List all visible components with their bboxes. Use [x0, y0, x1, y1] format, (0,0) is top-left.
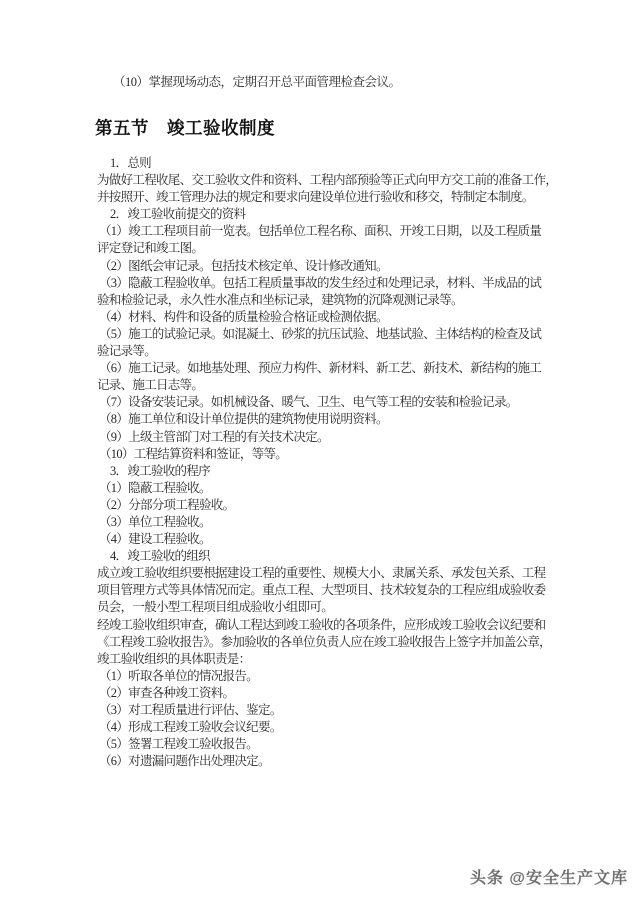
body-line: 成立竣工验收组织要根据建设工程的重要性、规模大小、隶属关系、承发包关系、工程 — [97, 565, 557, 582]
body-line: （1）隐蔽工程验收。 — [97, 480, 557, 497]
body-line: （2）审查各种竣工资料。 — [97, 685, 557, 702]
body-line: 《工程竣工验收报告》。参加验收的各单位负责人应在竣工验收报告上签字并加盖公章， — [97, 634, 557, 651]
body-line: 评定登记和竣工图。 — [97, 240, 557, 257]
section-heading: 第五节 竣工验收制度 — [95, 115, 275, 140]
document-body: 1．总则 为做好工程收尾、交工验收文件和资料、工程内部预验等正式向甲方交工前的准… — [97, 155, 557, 770]
body-line: （4）材料、构件和设备的质量检验合格证或检测依据。 — [97, 309, 557, 326]
body-line: （1）听取各单位的情况报告。 — [97, 668, 557, 685]
body-line: （7）设备安装记录。如机械设备、暖气、卫生、电气等工程的安装和检验记录。 — [97, 394, 557, 411]
body-line: （8）施工单位和设计单位提供的建筑物使用说明资料。 — [97, 411, 557, 428]
body-line: （5）签署工程竣工验收报告。 — [97, 736, 557, 753]
body-line: 验记录等。 — [97, 343, 557, 360]
document-page: （10）掌握现场动态，定期召开总平面管理检查会议。 第五节 竣工验收制度 1．总… — [0, 0, 640, 906]
body-line: 为做好工程收尾、交工验收文件和资料、工程内部预验等正式向甲方交工前的准备工作， — [97, 172, 557, 189]
body-line: （9）上级主管部门对工程的有关技术决定。 — [97, 429, 557, 446]
body-line: 4．竣工验收的组织 — [97, 548, 557, 565]
body-line: （1）竣工工程项目前一览表。包括单位工程名称、面积、开竣工日期，以及工程质量 — [97, 223, 557, 240]
body-line: 竣工验收组织的具体职责是： — [97, 651, 557, 668]
carryover-list-item: （10）掌握现场动态，定期召开总平面管理检查会议。 — [113, 72, 401, 90]
body-line: 3．竣工验收的程序 — [97, 463, 557, 480]
body-line: 2．竣工验收前提交的资料 — [97, 206, 557, 223]
body-line: （4）建设工程验收。 — [97, 531, 557, 548]
body-line: （6）对遗漏问题作出处理决定。 — [97, 753, 557, 770]
watermark-toutiao: 头条 @安全生产文库 — [470, 865, 628, 888]
body-line: 验和检验记录，永久性水准点和坐标记录，建筑物的沉降观测记录等。 — [97, 292, 557, 309]
body-line: （3）对工程质量进行评估、鉴定。 — [97, 702, 557, 719]
body-line: （3）隐蔽工程验收单。包括工程质量事故的发生经过和处理记录，材料、半成品的试 — [97, 275, 557, 292]
body-line: （6）施工记录。如地基处理、预应力构件、新材料、新工艺、新技术、新结构的施工 — [97, 360, 557, 377]
body-line: 项目管理方式等具体情况而定。重点工程、大型项目、技术较复杂的工程应组成验收委 — [97, 582, 557, 599]
body-line: （2）图纸会审记录。包括技术核定单、设计修改通知。 — [97, 258, 557, 275]
body-line: 并按照开、竣工管理办法的规定和要求向建设单位进行验收和移交，特制定本制度。 — [97, 189, 557, 206]
body-line: （4）形成工程竣工验收会议纪要。 — [97, 719, 557, 736]
body-line: 1．总则 — [97, 155, 557, 172]
body-line: （3）单位工程验收。 — [97, 514, 557, 531]
body-line: 员会，一般小型工程项目组成验收小组即可。 — [97, 599, 557, 616]
body-line: （10）工程结算资料和签证，等等。 — [97, 446, 557, 463]
body-line: 记录、施工日志等。 — [97, 377, 557, 394]
body-line: （5）施工的试验记录。如混凝土、砂浆的抗压试验、地基试验、主体结构的检查及试 — [97, 326, 557, 343]
body-line: 经竣工验收组织审查，确认工程达到竣工验收的各项条件，应形成竣工验收会议纪要和 — [97, 617, 557, 634]
body-line: （2）分部分项工程验收。 — [97, 497, 557, 514]
